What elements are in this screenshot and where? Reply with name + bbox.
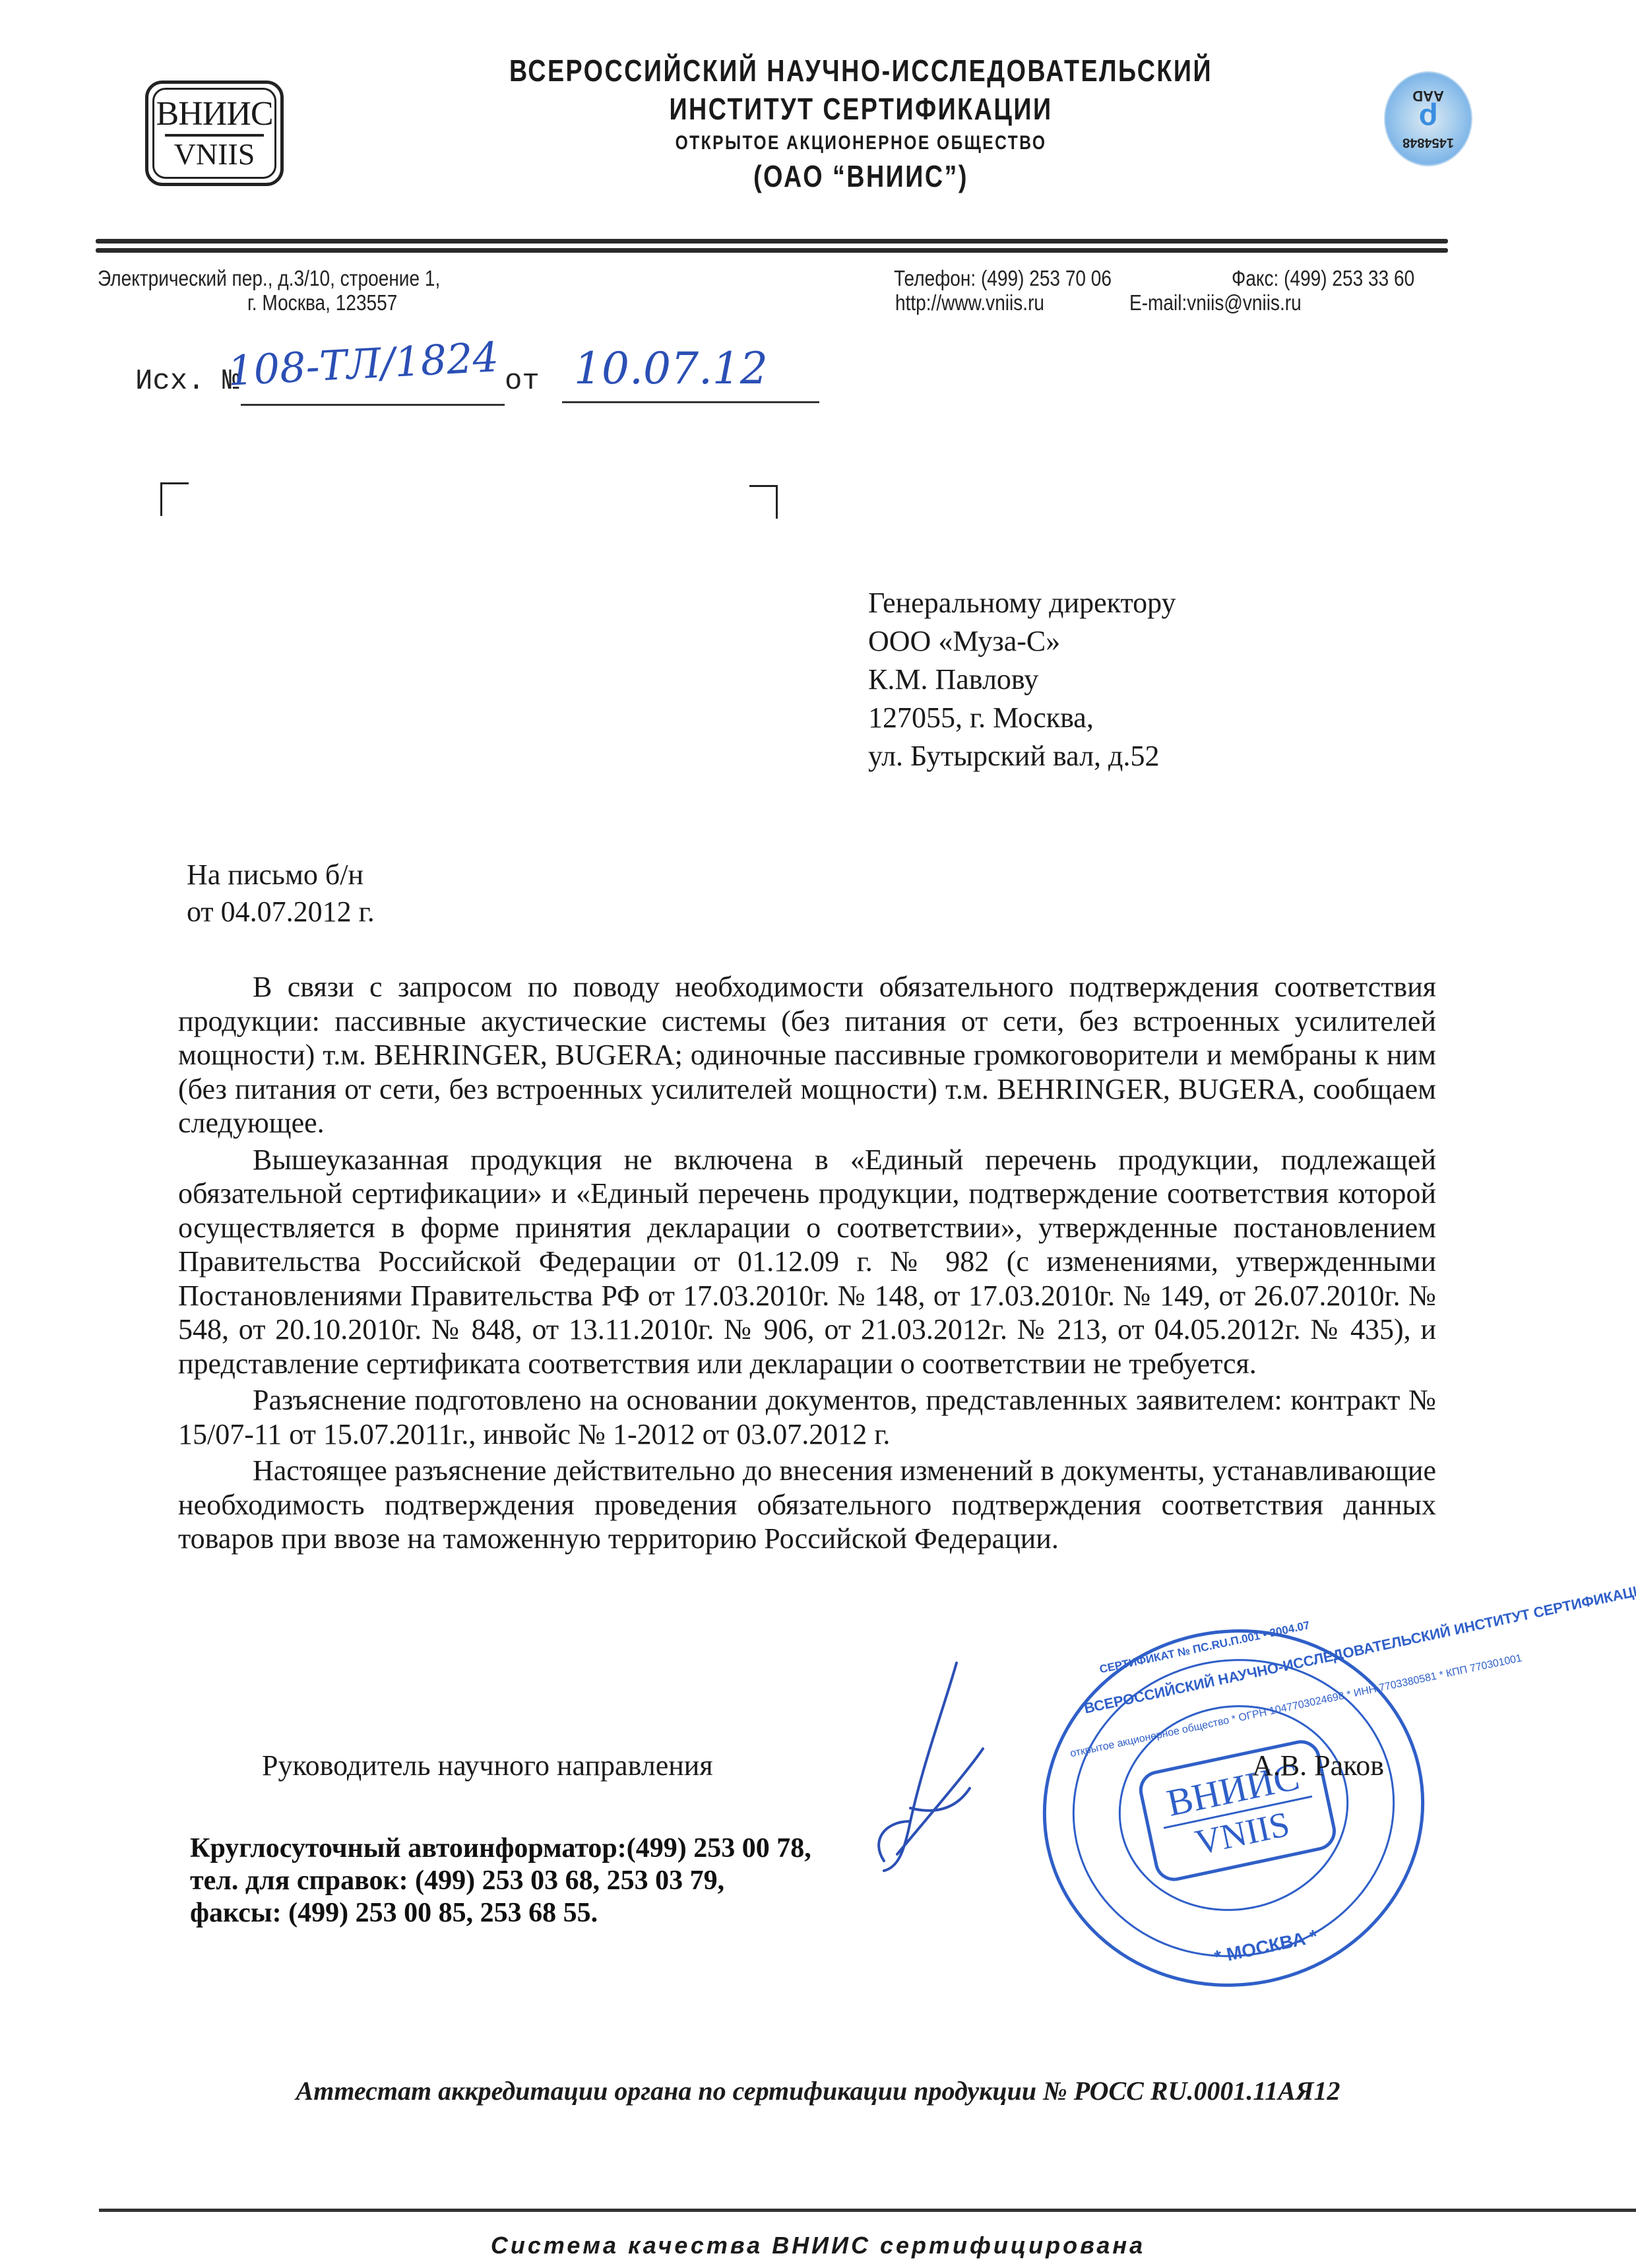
address-corner-left bbox=[160, 482, 189, 516]
contacts-autoinformer: Круглосуточный автоинформатор:(499) 253 … bbox=[190, 1832, 811, 1865]
in-reply-line2: от 04.07.2012 г. bbox=[187, 893, 375, 930]
recipient-line: К.М. Павлову bbox=[868, 661, 1176, 699]
outgoing-date-label: от bbox=[505, 365, 540, 398]
help-contacts: Круглосуточный автоинформатор:(499) 253 … bbox=[190, 1832, 811, 1929]
body-paragraph: Вышеуказанная продукция не включена в «Е… bbox=[178, 1143, 1436, 1381]
vniis-logo: ВНИИС VNIIS bbox=[145, 81, 284, 186]
hologram-sticker-icon: 1454848 ρ AAD bbox=[1384, 71, 1472, 166]
body-paragraph: Настоящее разъяснение действительно до в… bbox=[178, 1454, 1436, 1556]
footer-rule bbox=[99, 2209, 1636, 2212]
org-fax: Факс: (499) 253 33 60 bbox=[1232, 266, 1414, 291]
accreditation-note: Аттестат аккредитации органа по сертифик… bbox=[0, 2075, 1636, 2106]
hologram-label: AAD bbox=[1412, 88, 1444, 105]
quality-system-note: Система качества ВНИИС сертифицирована bbox=[0, 2232, 1636, 2259]
outgoing-number-label: Исх. № bbox=[135, 365, 239, 398]
letter-body: В связи с запросом по поводу необходимос… bbox=[178, 970, 1436, 1559]
address-corner-right bbox=[749, 485, 778, 519]
recipient-line: ООО «Муза-С» bbox=[868, 622, 1176, 661]
contacts-faxes: факсы: (499) 253 00 85, 253 68 55. bbox=[190, 1897, 811, 1929]
hologram-emblem-icon: ρ bbox=[1419, 105, 1437, 135]
in-reply-line1: На письмо б/н bbox=[187, 857, 375, 893]
logo-divider bbox=[165, 134, 264, 137]
header-rule-bottom bbox=[96, 248, 1448, 253]
signatory-position: Руководитель научного направления bbox=[262, 1749, 713, 1782]
signatory-name: А.В. Раков bbox=[1252, 1749, 1384, 1782]
contacts-phones: тел. для справок: (499) 253 03 68, 253 0… bbox=[190, 1865, 811, 1897]
official-stamp: СЕРТИФИКАТ № ПС.RU.П.001 • 2004.07 ВСЕРО… bbox=[1009, 1594, 1458, 2023]
outgoing-number-underline bbox=[241, 404, 505, 406]
recipient-block: Генеральному директору ООО «Муза-С» К.М.… bbox=[868, 584, 1176, 775]
in-reply-block: На письмо б/н от 04.07.2012 г. bbox=[187, 857, 375, 930]
org-email-link[interactable]: E-mail:vniis@vniis.ru bbox=[1129, 290, 1302, 315]
outgoing-number-handwritten: 108-ТЛ/1824 bbox=[226, 333, 499, 395]
hologram-number: 1454848 bbox=[1402, 135, 1454, 150]
recipient-line: Генеральному директору bbox=[868, 584, 1176, 622]
header-rule-top bbox=[96, 239, 1448, 243]
handwritten-signature-icon bbox=[858, 1656, 990, 1874]
org-title-line3: ОТКРЫТОЕ АКЦИОНЕРНОЕ ОБЩЕСТВО bbox=[490, 132, 1231, 154]
outgoing-date-handwritten: 10.07.12 bbox=[574, 343, 768, 394]
recipient-line: 127055, г. Москва, bbox=[868, 699, 1176, 737]
org-phone: Телефон: (499) 253 70 06 bbox=[894, 266, 1112, 291]
org-title-line2: ИНСТИТУТ СЕРТИФИКАЦИИ bbox=[490, 91, 1231, 127]
recipient-line: ул. Бутырский вал, д.52 bbox=[868, 737, 1176, 775]
org-title-line1: ВСЕРОССИЙСКИЙ НАУЧНО-ИССЛЕДОВАТЕЛЬСКИЙ bbox=[490, 53, 1231, 88]
logo-text-ru: ВНИИС bbox=[156, 97, 272, 131]
org-address-line2: г. Москва, 123557 bbox=[247, 290, 397, 315]
body-paragraph: Разъяснение подготовлено на основании до… bbox=[178, 1383, 1436, 1451]
logo-text-en: VNIIS bbox=[174, 139, 255, 170]
body-paragraph: В связи с запросом по поводу необходимос… bbox=[178, 970, 1436, 1140]
org-title-line4: (ОАО “ВНИИС”) bbox=[490, 158, 1231, 194]
org-address-line1: Электрический пер., д.3/10, строение 1, bbox=[98, 266, 440, 291]
outgoing-date-underline bbox=[562, 401, 819, 403]
org-website-link[interactable]: http://www.vniis.ru bbox=[895, 290, 1044, 315]
